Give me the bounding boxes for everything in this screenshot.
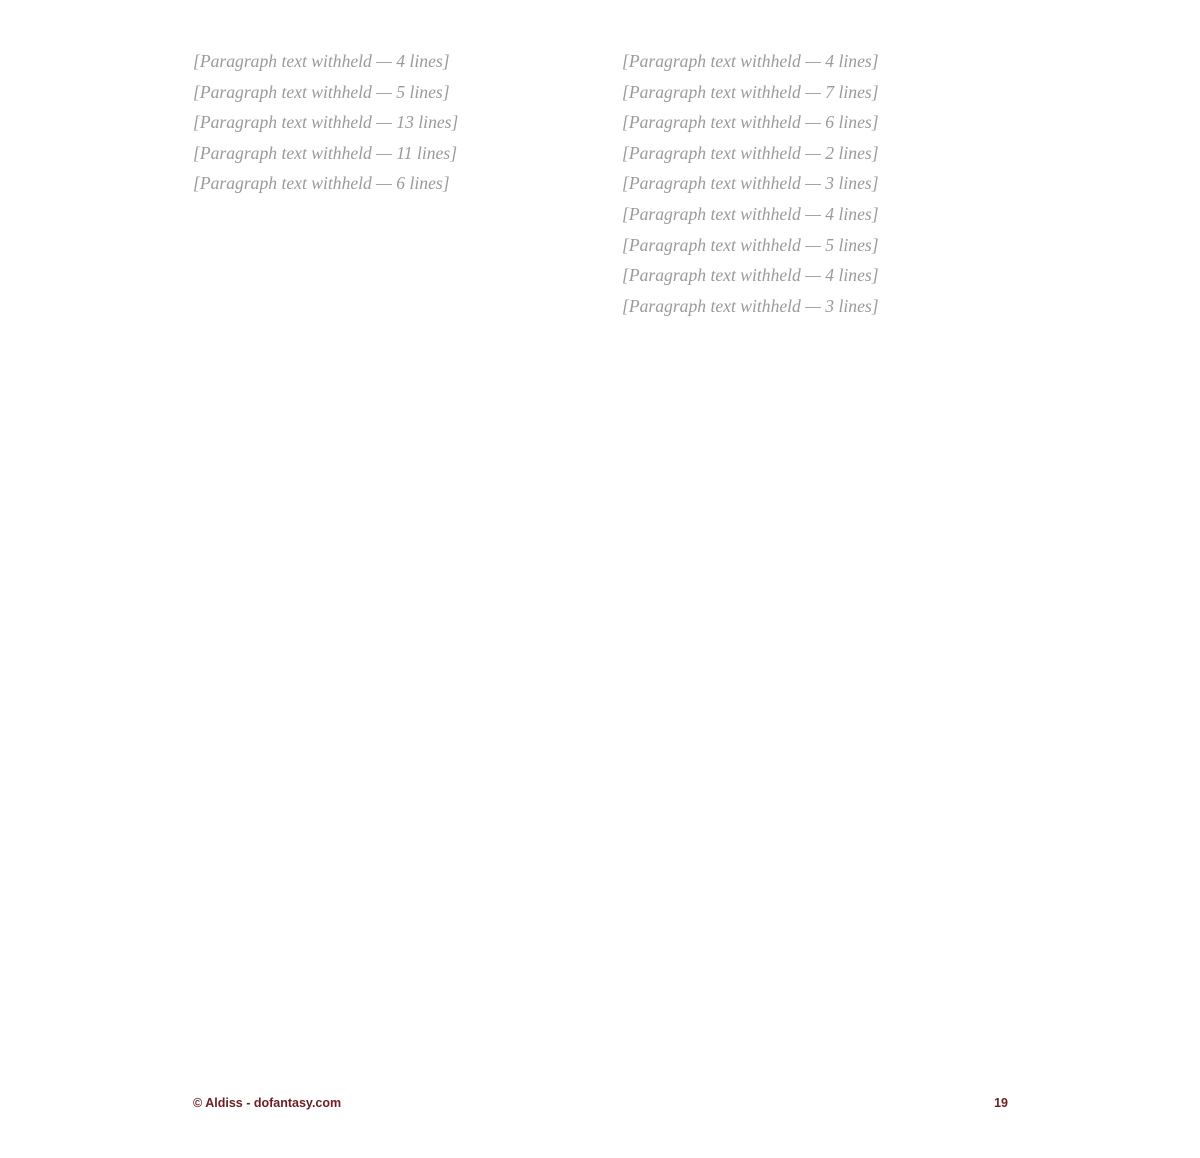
paragraph: [Paragraph text withheld — 5 lines] xyxy=(622,234,1008,256)
paragraph: [Paragraph text withheld — 6 lines] xyxy=(622,111,1008,133)
paragraph: [Paragraph text withheld — 4 lines] xyxy=(622,203,1008,225)
paragraph: [Paragraph text withheld — 4 lines] xyxy=(193,50,579,72)
text-column-left: [Paragraph text withheld — 4 lines] [Par… xyxy=(193,50,579,203)
paragraph: [Paragraph text withheld — 3 lines] xyxy=(622,295,1008,317)
paragraph: [Paragraph text withheld — 2 lines] xyxy=(622,142,1008,164)
paragraph: [Paragraph text withheld — 4 lines] xyxy=(622,50,1008,72)
text-column-right: [Paragraph text withheld — 4 lines] [Par… xyxy=(622,50,1008,325)
paragraph: [Paragraph text withheld — 4 lines] xyxy=(622,264,1008,286)
document-page: [Paragraph text withheld — 4 lines] [Par… xyxy=(0,0,1200,1158)
paragraph: [Paragraph text withheld — 7 lines] xyxy=(622,81,1008,103)
paragraph: [Paragraph text withheld — 6 lines] xyxy=(193,172,579,194)
page-footer: © Aldiss - dofantasy.com 19 xyxy=(193,1094,1008,1112)
paragraph: [Paragraph text withheld — 3 lines] xyxy=(622,172,1008,194)
paragraph: [Paragraph text withheld — 13 lines] xyxy=(193,111,579,133)
paragraph: [Paragraph text withheld — 11 lines] xyxy=(193,142,579,164)
page-number: 19 xyxy=(994,1096,1008,1110)
paragraph: [Paragraph text withheld — 5 lines] xyxy=(193,81,579,103)
copyright-notice: © Aldiss - dofantasy.com xyxy=(193,1096,341,1110)
